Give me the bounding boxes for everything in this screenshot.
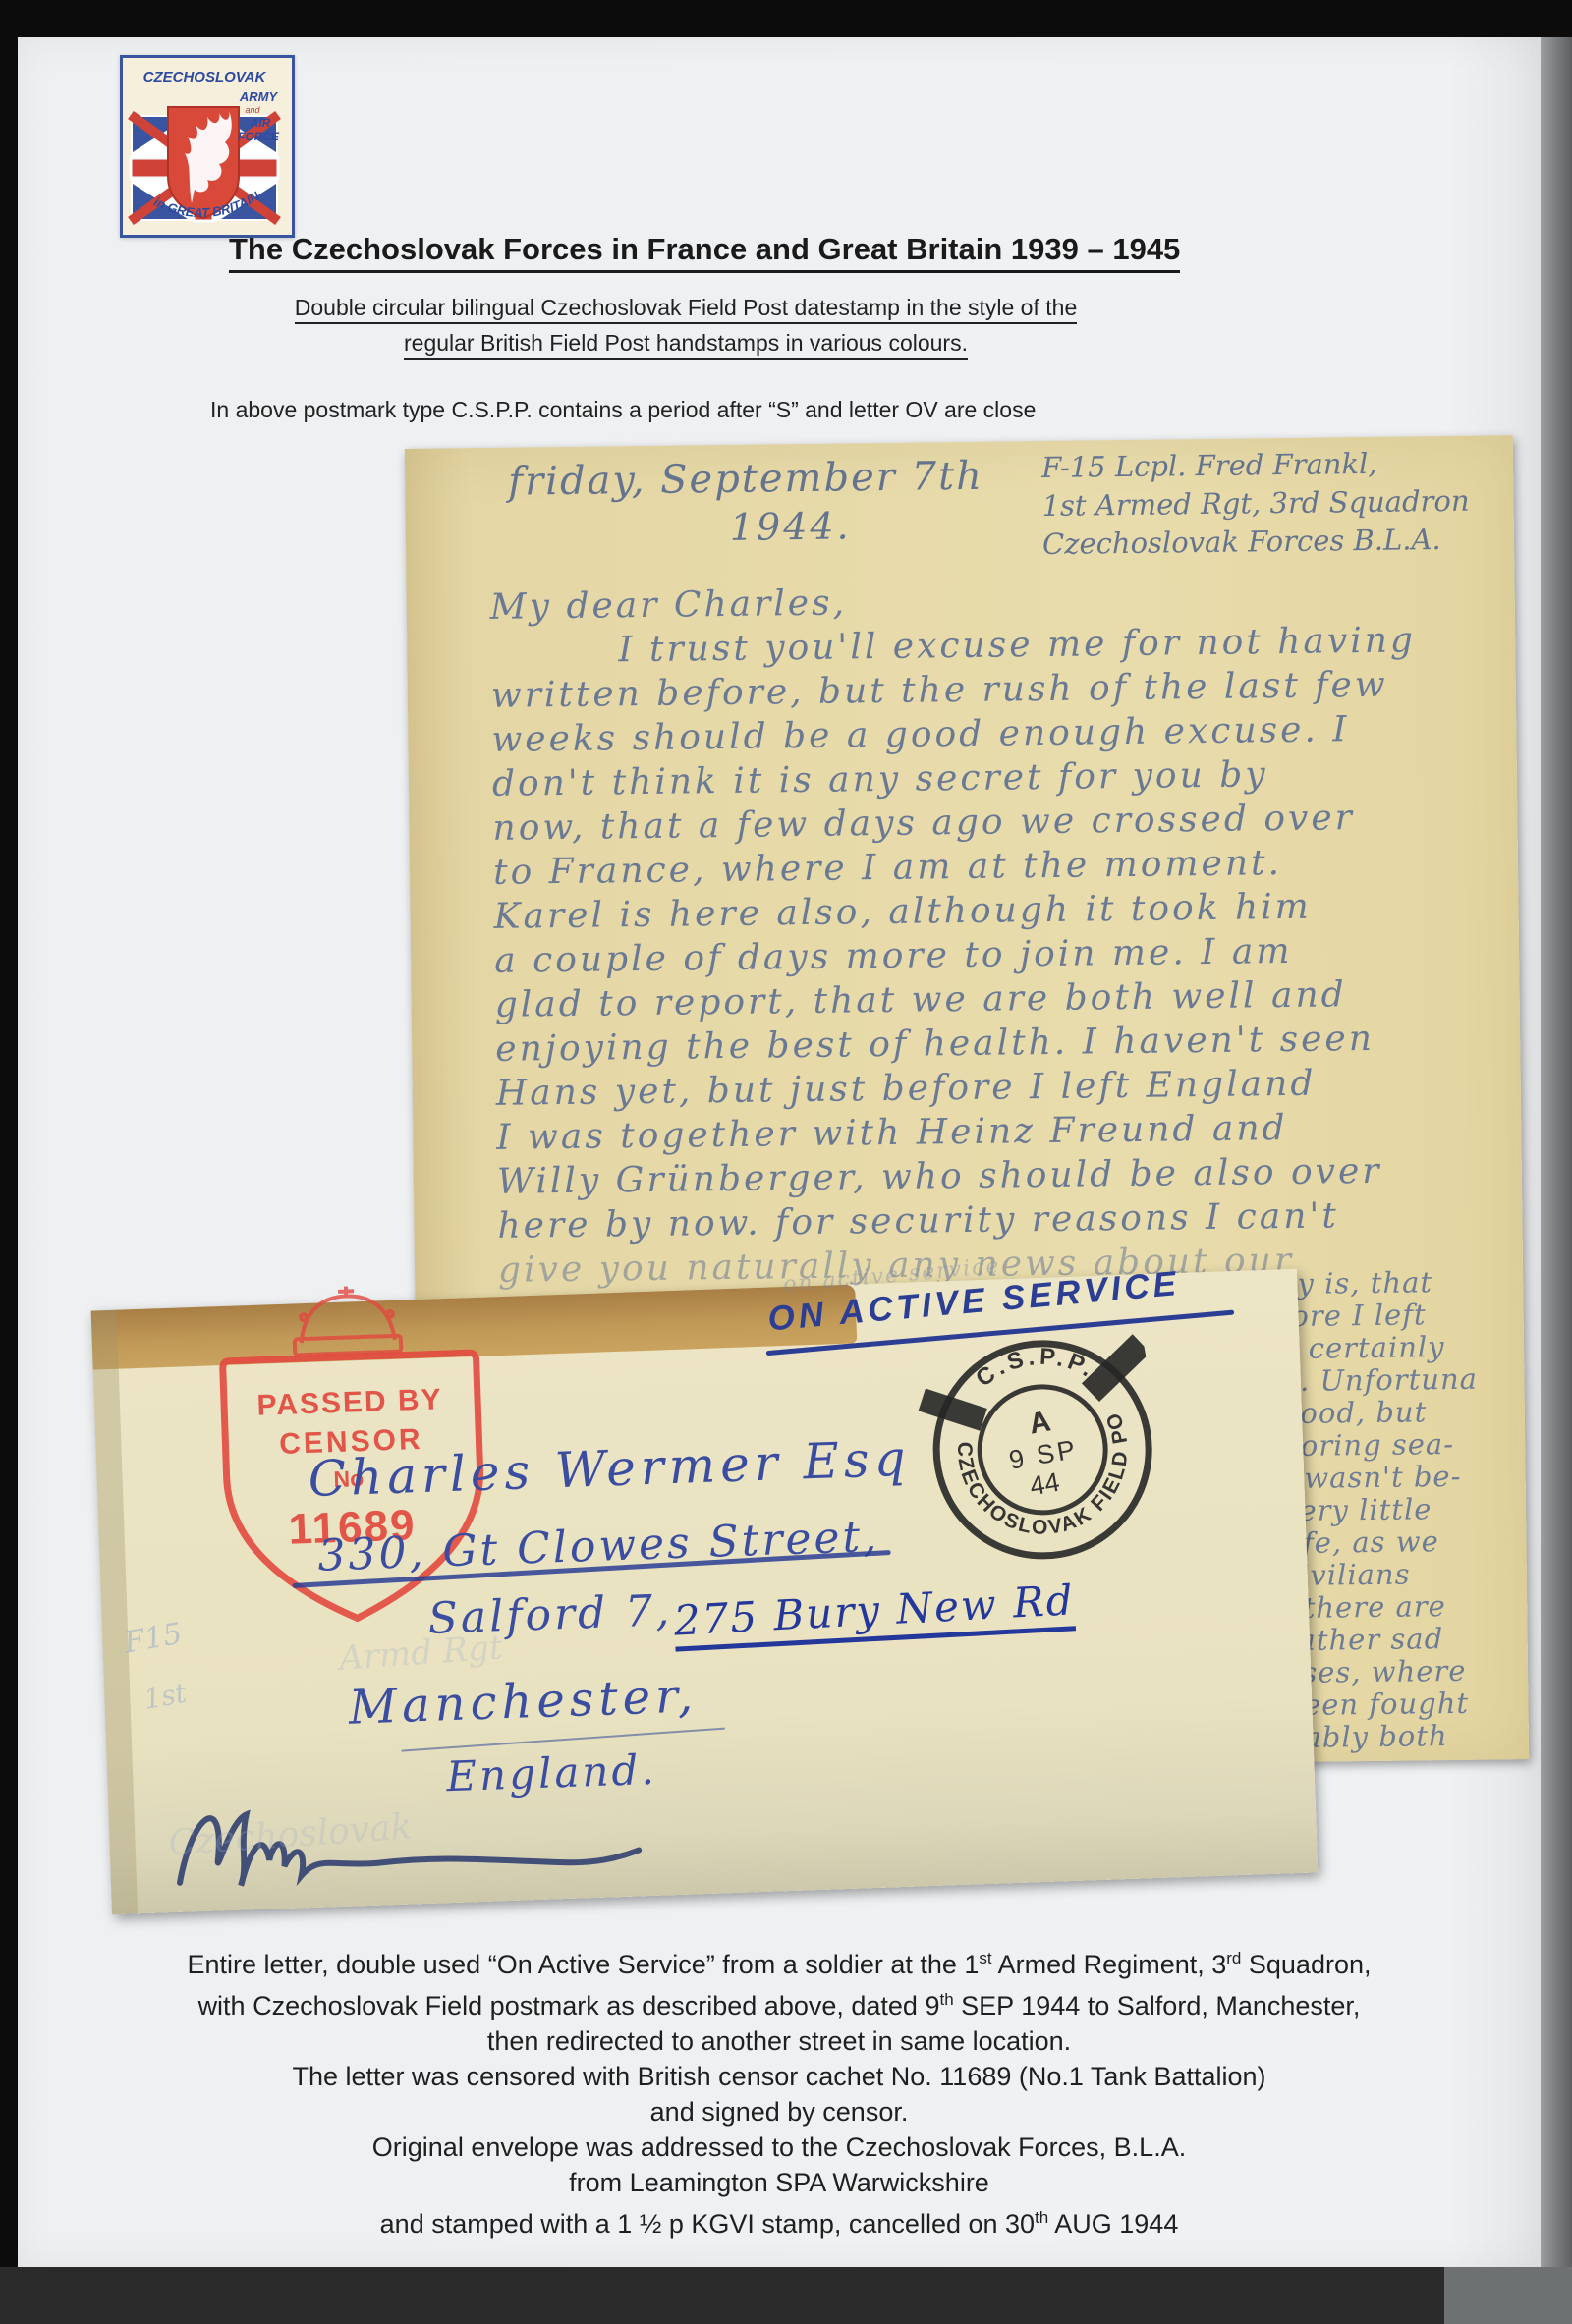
postmark-note: In above postmark type C.S.P.P. contains… bbox=[210, 397, 1036, 423]
envelope-left-fold bbox=[91, 1310, 138, 1915]
field-post-datestamp: C.S.P.P. CZECHOSLOVAK FIELD POST A 9 SP … bbox=[906, 1313, 1179, 1586]
postmark-year: 44 bbox=[1028, 1467, 1062, 1502]
pencil-ghost-regiment: Armd Rgt bbox=[338, 1628, 504, 1679]
letter-date-line-1: friday, September 7th bbox=[508, 454, 983, 505]
caption-line-7: from Leamington SPA Warwickshire bbox=[62, 2165, 1496, 2200]
label-force-text: FORCE bbox=[238, 130, 280, 143]
pencil-note-1st: 1st bbox=[141, 1677, 190, 1716]
letter-sender-address: F-15 Lcpl. Fred Frankl, 1st Armed Rgt, 3… bbox=[1041, 444, 1470, 564]
photo-border-left bbox=[0, 37, 18, 2267]
label-army-text: ARMY bbox=[239, 89, 279, 104]
letter-date-line-2: 1944. bbox=[730, 504, 852, 549]
crown-icon bbox=[293, 1285, 401, 1356]
caption-line-3: then redirected to another street in sam… bbox=[62, 2023, 1496, 2059]
address-city: Manchester, bbox=[348, 1668, 699, 1735]
letter-fragment-line: been fought bbox=[1284, 1687, 1530, 1722]
subtitle-line-1: Double circular bilingual Czechoslovak F… bbox=[295, 295, 1077, 324]
letter-fragment-line: boring sea- bbox=[1281, 1427, 1527, 1463]
label-and-text: and bbox=[245, 105, 260, 115]
caption-line-6: Original envelope was addressed to the C… bbox=[62, 2130, 1496, 2165]
photo-border-top bbox=[0, 0, 1572, 37]
postmark-code: A bbox=[1027, 1405, 1053, 1440]
sender-line-1: F-15 Lcpl. Fred Frankl, bbox=[1041, 444, 1469, 487]
letter-fragment-line: ay is, that bbox=[1279, 1265, 1525, 1300]
subtitle-line-2: regular British Field Post handstamps in… bbox=[404, 330, 968, 360]
pencil-note-f15: F15 bbox=[122, 1617, 185, 1661]
letter-fragment-line: rather sad bbox=[1284, 1622, 1530, 1657]
letter-fragment-line: civilians bbox=[1283, 1557, 1529, 1592]
label-air-text: AIR bbox=[250, 116, 271, 130]
letter-fragment-line: good, but bbox=[1281, 1395, 1527, 1430]
label-stamp-art: CZECHOSLOVAK ARMY and AIR FORCE in GREAT… bbox=[123, 58, 286, 229]
exhibit-caption: Entire letter, double used “On Active Se… bbox=[62, 1941, 1496, 2241]
letter-fragment-line: ases, where bbox=[1284, 1654, 1530, 1689]
caption-line-2: with Czechoslovak Field postmark as desc… bbox=[62, 1982, 1496, 2023]
letter-fragment-line: bably both bbox=[1285, 1719, 1531, 1754]
postmark-arc-bottom-text: CZECHOSLOVAK FIELD POST bbox=[906, 1313, 1146, 1560]
sender-line-3: Czechoslovak Forces B.L.A. bbox=[1042, 521, 1470, 564]
caption-line-5: and signed by censor. bbox=[62, 2094, 1496, 2130]
page-subtitle: Double circular bilingual Czechoslovak F… bbox=[57, 295, 1315, 360]
photo-border-bottom bbox=[0, 2267, 1572, 2324]
label-top-text: CZECHOSLOVAK bbox=[143, 69, 267, 85]
letter-fragment-line: I wasn't be- bbox=[1281, 1460, 1527, 1495]
caption-line-1: Entire letter, double used “On Active Se… bbox=[62, 1941, 1496, 1982]
page-edge-shadow-right bbox=[1541, 37, 1572, 2267]
letter-fragment-line: fore I left bbox=[1279, 1298, 1525, 1333]
czechoslovak-army-label-stamp: CZECHOSLOVAK ARMY and AIR FORCE in GREAT… bbox=[120, 55, 295, 238]
photo-corner-bottom-right bbox=[1444, 2267, 1572, 2324]
letter-fragment-line: life, as we bbox=[1282, 1524, 1528, 1560]
letter-fragment-line: very little bbox=[1282, 1492, 1528, 1527]
letter-fragment-line: d. Unfortuna bbox=[1280, 1362, 1526, 1398]
caption-line-8: and stamped with a 1 ½ p KGVI stamp, can… bbox=[62, 2200, 1496, 2241]
album-page: CZECHOSLOVAK ARMY and AIR FORCE in GREAT… bbox=[18, 37, 1541, 2267]
envelope: PASSED BY CENSOR No 11689 on active serv… bbox=[91, 1269, 1319, 1914]
caption-line-4: The letter was censored with British cen… bbox=[62, 2059, 1496, 2094]
svg-text:CZECHOSLOVAK FIELD POST: CZECHOSLOVAK FIELD POST bbox=[906, 1313, 1146, 1560]
letter-fragment-line: , there are bbox=[1283, 1589, 1529, 1625]
scanned-album-photo: { "page": { "label": { "top": "CZECHOSLO… bbox=[0, 0, 1572, 2324]
page-title: The Czechoslovak Forces in France and Gr… bbox=[229, 232, 1180, 273]
letter-body: My dear Charles,I trust you'll excuse me… bbox=[490, 574, 1491, 1293]
letter-visible-fragments: ay is, thatfore I lefto certainlyd. Unfo… bbox=[1279, 1265, 1531, 1754]
censor-text-passed-by: PASSED BY bbox=[256, 1383, 443, 1422]
address-redirect-street: 275 Bury New Rd bbox=[673, 1576, 1076, 1651]
sender-line-2: 1st Armed Rgt, 3rd Squadron bbox=[1041, 482, 1469, 526]
letter-fragment-line: o certainly bbox=[1280, 1330, 1526, 1365]
